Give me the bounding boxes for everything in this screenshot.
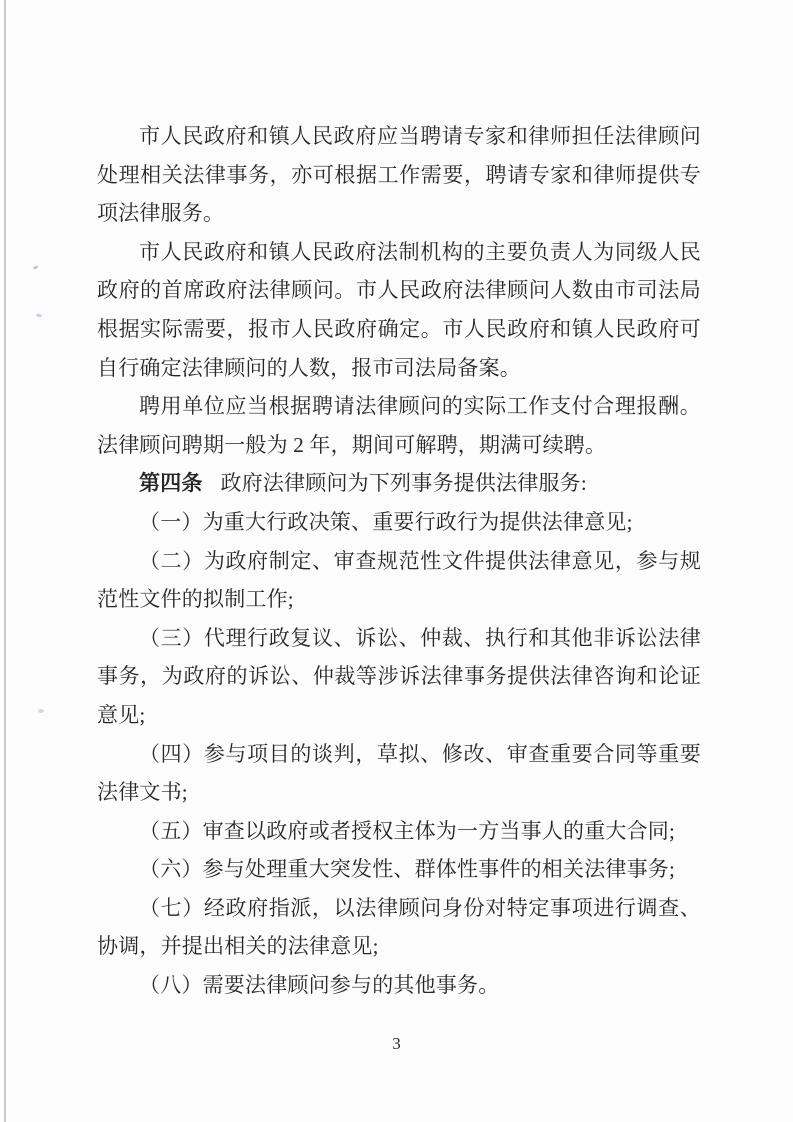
paragraph: 市人民政府和镇人民政府法制机构的主要负责人为同级人民政府的首席政府法律顾问。市人… bbox=[97, 233, 701, 387]
page-number: 3 bbox=[0, 1032, 793, 1056]
list-item-3: （三）代理行政复议、诉讼、仲裁、执行和其他非诉讼法律事务，为政府的诉讼、仲裁等涉… bbox=[97, 619, 701, 735]
paragraph: 聘用单位应当根据聘请法律顾问的实际工作支付合理报酬。法律顾问聘期一般为 2 年，… bbox=[97, 387, 701, 464]
scan-edge-shadow bbox=[4, 0, 6, 1122]
paragraph: 市人民政府和镇人民政府应当聘请专家和律师担任法律顾问处理相关法律事务，亦可根据工… bbox=[97, 117, 701, 233]
paragraph-article-4: 第四条政府法律顾问为下列事务提供法律服务: bbox=[97, 464, 701, 503]
list-item-2: （二）为政府制定、审查规范性文件提供法律意见，参与规范性文件的拟制工作; bbox=[97, 542, 701, 619]
list-item-8: （八）需要法律顾问参与的其他事务。 bbox=[97, 966, 701, 1005]
document-page: 市人民政府和镇人民政府应当聘请专家和律师担任法律顾问处理相关法律事务，亦可根据工… bbox=[0, 0, 793, 1122]
list-item-4: （四）参与项目的谈判，草拟、修改、审查重要合同等重要法律文书; bbox=[97, 735, 701, 812]
document-body: 市人民政府和镇人民政府应当聘请专家和律师担任法律顾问处理相关法律事务，亦可根据工… bbox=[97, 117, 701, 1005]
scan-speckle bbox=[38, 709, 44, 713]
list-item-1: （一）为重大行政决策、重要行政行为提供法律意见; bbox=[97, 503, 701, 542]
list-item-5: （五）审查以政府或者授权主体为一方当事人的重大合同; bbox=[97, 812, 701, 851]
scan-speckle bbox=[33, 265, 39, 270]
scan-speckle bbox=[36, 313, 43, 317]
list-item-6: （六）参与处理重大突发性、群体性事件的相关法律事务; bbox=[97, 850, 701, 889]
article-number: 第四条 bbox=[139, 471, 203, 495]
list-item-7: （七）经政府指派，以法律顾问身份对特定事项进行调查、协调，并提出相关的法律意见; bbox=[97, 889, 701, 966]
article-intro-text: 政府法律顾问为下列事务提供法律服务: bbox=[220, 471, 586, 495]
